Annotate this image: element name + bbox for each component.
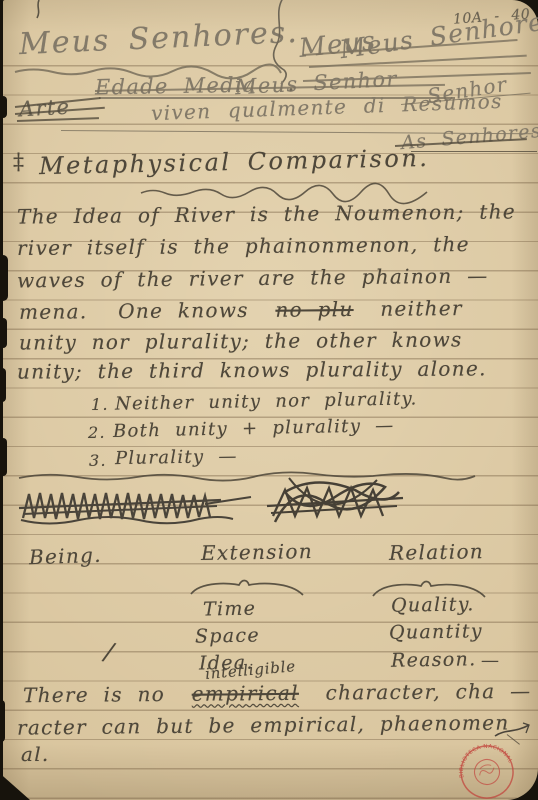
paragraph-line: waves of the river are the phainon —	[17, 266, 489, 291]
page-edge-mark	[0, 368, 6, 402]
page-edge-mark	[0, 438, 7, 476]
paragraph-line: racter can but be empirical, phaenomen	[17, 712, 510, 737]
paragraph-line: unity nor plurality; the other knows	[19, 329, 463, 352]
page-edge-mark	[0, 255, 8, 301]
column-header-being: Being.	[29, 545, 102, 568]
title-underline	[139, 186, 429, 198]
salutation-text: Meus Senhores.	[18, 18, 299, 60]
line-segment: mena.	[19, 299, 88, 324]
column-header-relation: Relation	[389, 541, 484, 563]
relation-item: Quantity	[389, 622, 483, 643]
struck-word-wrap: empirical	[192, 681, 299, 706]
wavy-divider	[17, 466, 477, 486]
page-edge-mark	[0, 700, 5, 742]
struck-word: empirical	[192, 681, 299, 706]
paragraph-line: river itself is the phainonmenon, the	[17, 234, 470, 258]
page-edge-mark	[0, 318, 7, 348]
manuscript-scan: Meus Senhores. Meus Meus Senhores 10A - …	[0, 0, 538, 800]
scribble-blob	[265, 472, 407, 532]
extension-item: Time	[203, 600, 257, 620]
paragraph-line: mena. One knows no plu neither	[19, 298, 463, 322]
relation-item: Quality.	[391, 595, 475, 615]
line-segment: One knows	[118, 298, 249, 323]
reason-dash: —	[481, 652, 500, 670]
svg-text:BIBLIOTECA NACIONAL: BIBLIOTECA NACIONAL	[452, 737, 514, 781]
pen-stroke-mark	[33, 0, 45, 20]
line-segment: There is no	[23, 682, 165, 707]
struck-words: no plu	[275, 297, 353, 322]
line-segment: neither	[380, 296, 463, 321]
column-header-extension: Extension	[201, 541, 313, 563]
paragraph-line: The Idea of River is the Noumenon; the	[17, 201, 516, 226]
paragraph-line: al.	[21, 744, 50, 764]
library-stamp-icon: BIBLIOTECA NACIONAL	[449, 742, 525, 800]
strike-line	[411, 151, 537, 152]
stamp-text: BIBLIOTECA NACIONAL	[452, 737, 514, 781]
page-edge-mark	[0, 96, 7, 118]
scribble-blob	[19, 486, 255, 530]
notebook-page: Meus Senhores. Meus Meus Senhores 10A - …	[3, 0, 538, 800]
paragraph-line: unity; the third knows plurality alone.	[17, 358, 487, 381]
list-number: 2.	[88, 425, 106, 441]
list-number: 1.	[91, 397, 109, 413]
crossed-text: Edade Media	[95, 75, 257, 99]
list-item: Neither unity nor plurality.	[115, 390, 418, 413]
relation-item: Reason.	[391, 650, 477, 670]
pen-check-mark	[493, 722, 533, 740]
line-segment: character, cha —	[325, 679, 531, 705]
extension-item: Space	[195, 626, 260, 646]
paragraph-line: There is no empirical character, cha —	[23, 681, 532, 705]
extension-brace	[187, 576, 307, 598]
title-mark: ‡	[13, 152, 25, 174]
